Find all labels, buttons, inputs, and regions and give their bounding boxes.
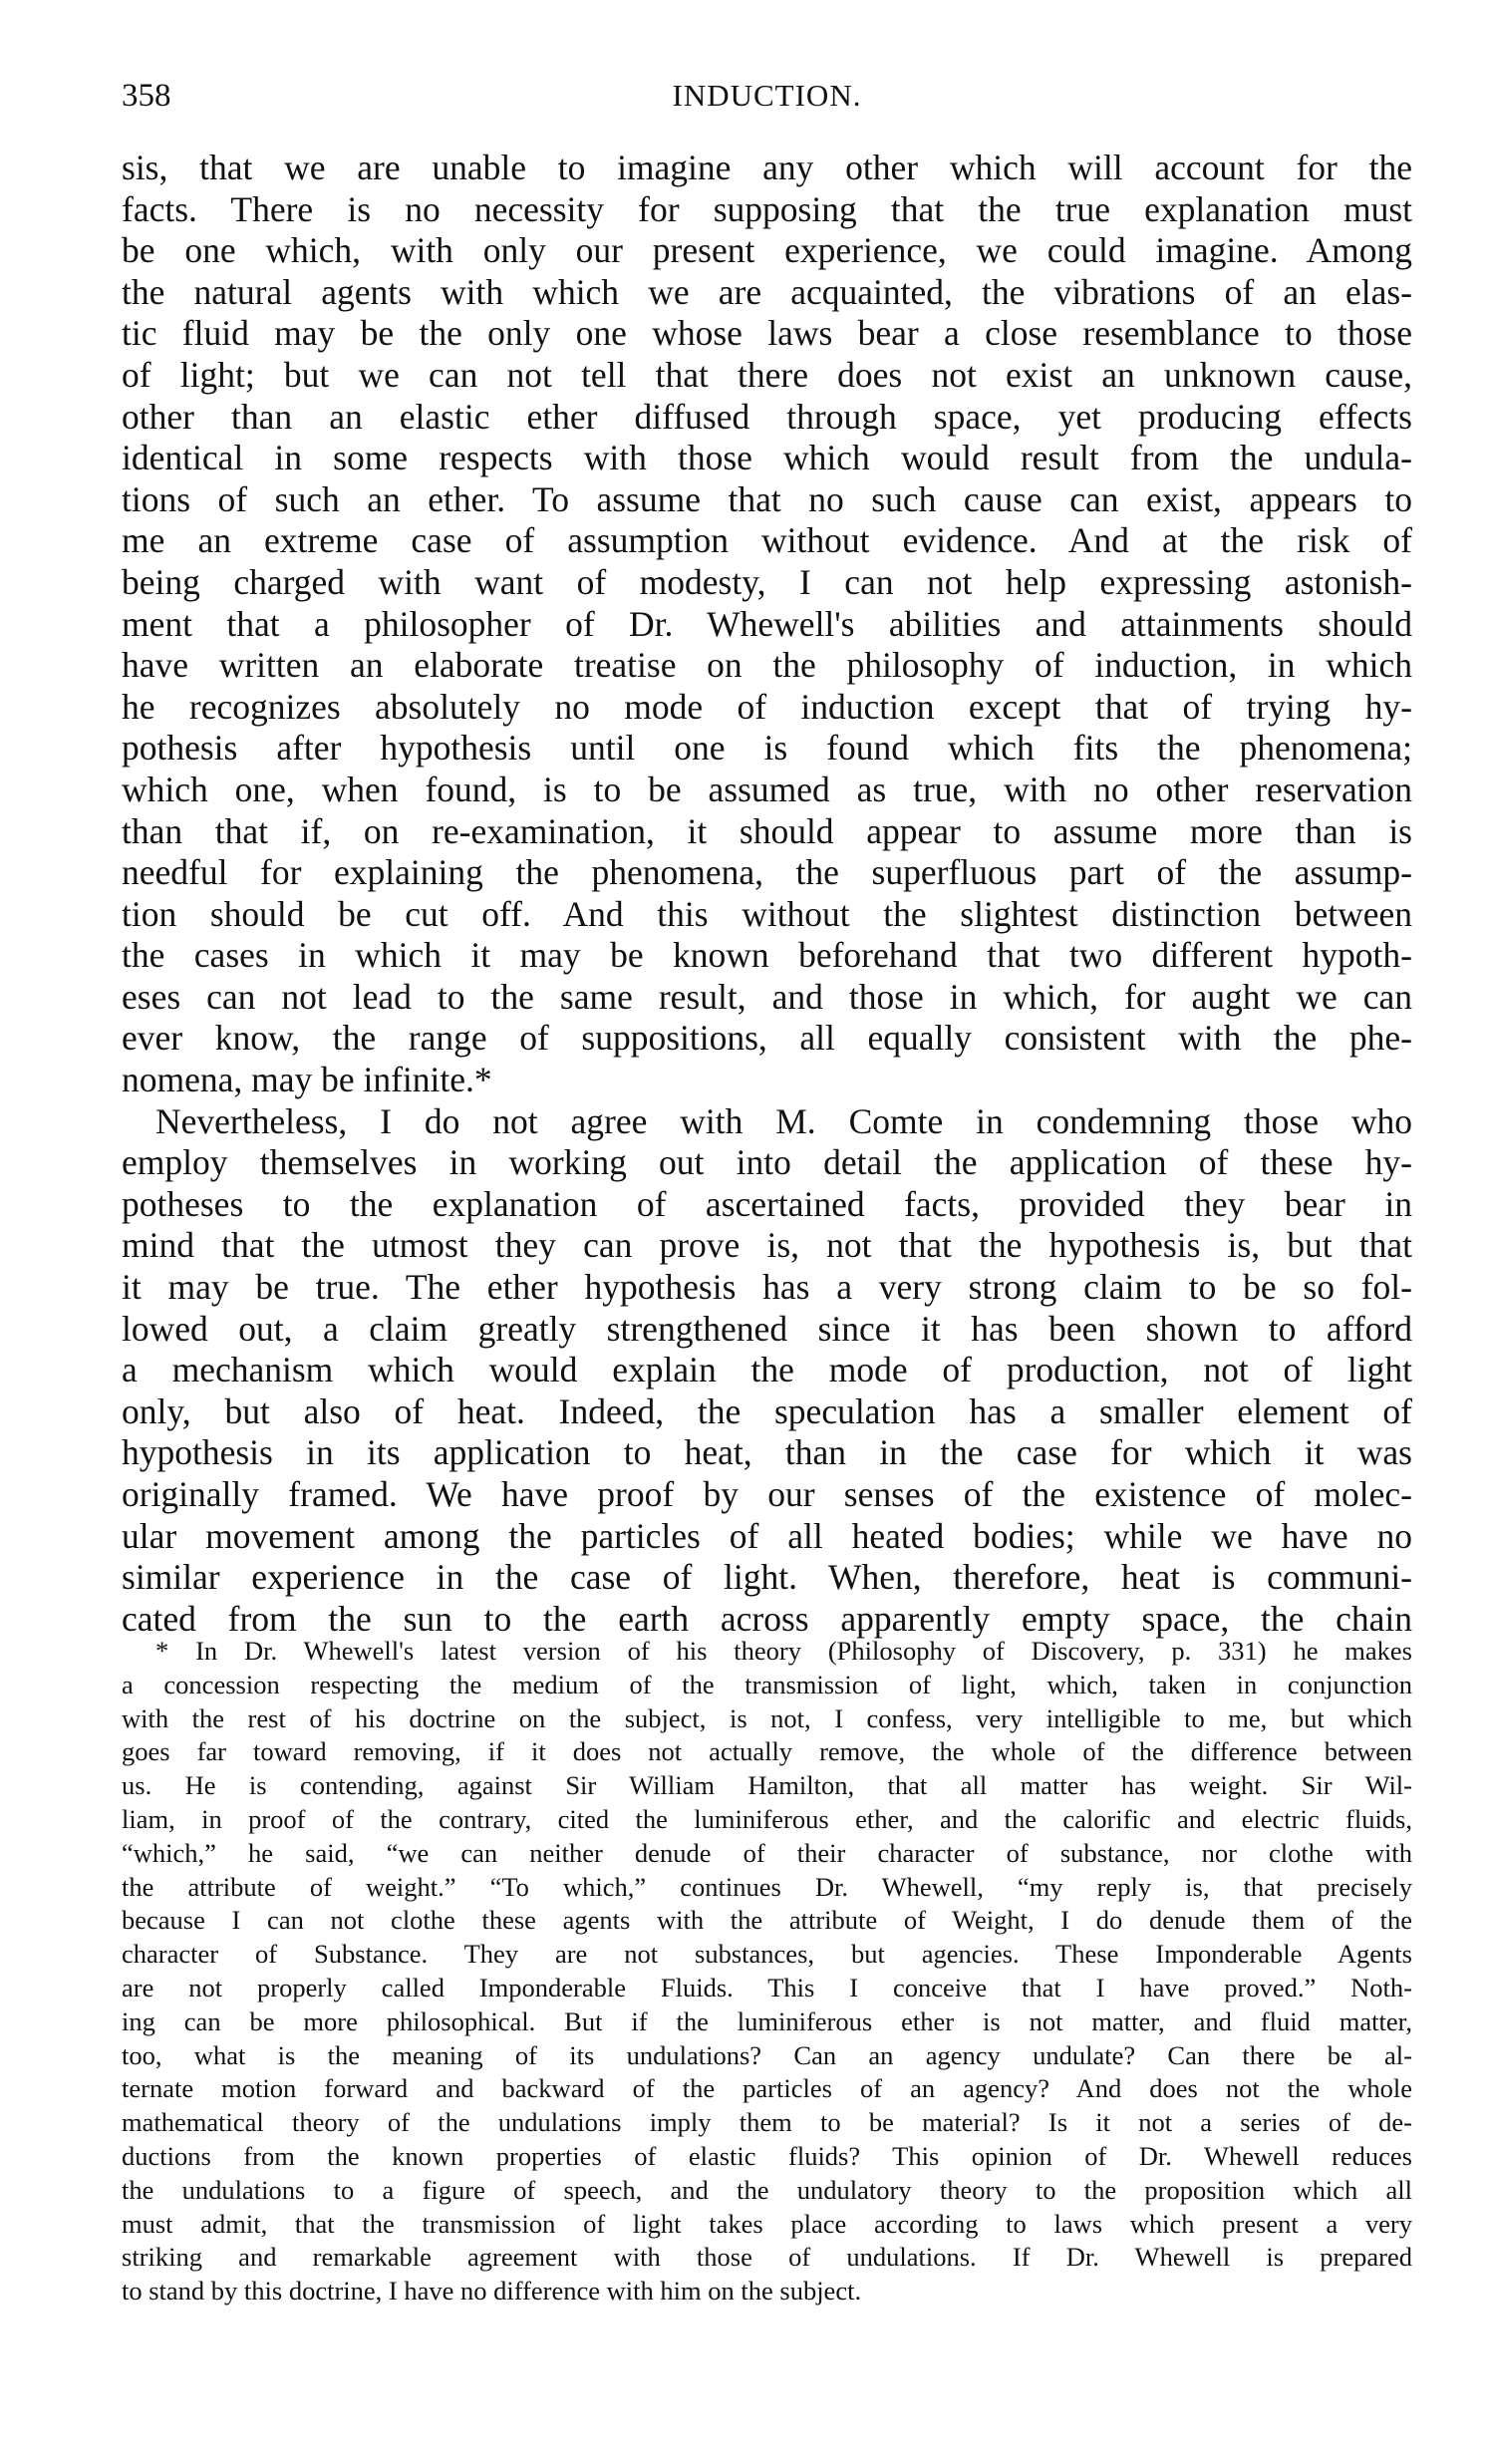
body-line: potheses to the explanation of ascertain… xyxy=(122,1184,1412,1226)
body-line: me an extreme case of assumption without… xyxy=(122,520,1412,562)
footnote-line: must admit, that the transmission of lig… xyxy=(122,2208,1412,2242)
body-line: pothesis after hypothesis until one is f… xyxy=(122,728,1412,770)
body-line: tions of such an ether. To assume that n… xyxy=(122,479,1412,521)
body-line: identical in some respects with those wh… xyxy=(122,438,1412,479)
body-line: tion should be cut off. And this without… xyxy=(122,894,1412,936)
body-line: than that if, on re-examination, it shou… xyxy=(122,811,1412,853)
body-line: eses can not lead to the same result, an… xyxy=(122,977,1412,1019)
body-line: facts. There is no necessity for supposi… xyxy=(122,189,1412,231)
footnote-line: with the rest of his doctrine on the sub… xyxy=(122,1702,1412,1736)
footnote-line: a concession respecting the medium of th… xyxy=(122,1669,1412,1702)
body-line: it may be true. The ether hypothesis has… xyxy=(122,1267,1412,1309)
footnote-line: ductions from the known properties of el… xyxy=(122,2140,1412,2174)
body-line: tic fluid may be the only one whose laws… xyxy=(122,313,1412,355)
body-line: nomena, may be infinite.* xyxy=(122,1060,1412,1101)
footnote-line: character of Substance. They are not sub… xyxy=(122,1938,1412,1972)
footnote-line: to stand by this doctrine, I have no dif… xyxy=(122,2275,1412,2309)
running-title: INDUCTION. xyxy=(122,78,1412,114)
body-line: Nevertheless, I do not agree with M. Com… xyxy=(122,1101,1412,1143)
body-line: he recognizes absolutely no mode of indu… xyxy=(122,687,1412,729)
body-line: sis, that we are unable to imagine any o… xyxy=(122,148,1412,189)
body-line: of light; but we can not tell that there… xyxy=(122,355,1412,397)
footnote-line: * In Dr. Whewell's latest version of his… xyxy=(122,1635,1412,1669)
body-line: other than an elastic ether diffused thr… xyxy=(122,397,1412,439)
body-line: originally framed. We have proof by our … xyxy=(122,1474,1412,1516)
body-line: be one which, with only our present expe… xyxy=(122,230,1412,272)
footnote-line: mathematical theory of the undulations i… xyxy=(122,2106,1412,2140)
footnote-line: because I can not clothe these agents wi… xyxy=(122,1904,1412,1938)
body-line: ular movement among the particles of all… xyxy=(122,1516,1412,1558)
body-line: have written an elaborate treatise on th… xyxy=(122,645,1412,687)
body-line: employ themselves in working out into de… xyxy=(122,1142,1412,1184)
body-line: a mechanism which would explain the mode… xyxy=(122,1350,1412,1391)
footnote-line: “which,” he said, “we can neither denude… xyxy=(122,1837,1412,1871)
body-line: lowed out, a claim greatly strengthened … xyxy=(122,1309,1412,1351)
body-line: the cases in which it may be known befor… xyxy=(122,935,1412,977)
body-line: ment that a philosopher of Dr. Whewell's… xyxy=(122,604,1412,646)
body-line: being charged with want of modesty, I ca… xyxy=(122,562,1412,604)
footnote-line: liam, in proof of the contrary, cited th… xyxy=(122,1803,1412,1837)
footnote-line: ternate motion forward and backward of t… xyxy=(122,2072,1412,2106)
footnote-line: us. He is contending, against Sir Willia… xyxy=(122,1769,1412,1803)
page-header: 358 INDUCTION. xyxy=(122,78,1412,118)
body-line: the natural agents with which we are acq… xyxy=(122,272,1412,314)
body-line: ever know, the range of suppositions, al… xyxy=(122,1018,1412,1060)
footnote-line: goes far toward removing, if it does not… xyxy=(122,1735,1412,1769)
footnote-line: ing can be more philosophical. But if th… xyxy=(122,2005,1412,2039)
body-line: mind that the utmost they can prove is, … xyxy=(122,1225,1412,1267)
body-line: hypothesis in its application to heat, t… xyxy=(122,1432,1412,1474)
footnote: * In Dr. Whewell's latest version of his… xyxy=(122,1635,1412,2309)
footnote-line: the attribute of weight.” “To which,” co… xyxy=(122,1871,1412,1905)
body-line: needful for explaining the phenomena, th… xyxy=(122,852,1412,894)
footnote-line: are not properly called Imponderable Flu… xyxy=(122,1972,1412,2005)
body-line: only, but also of heat. Indeed, the spec… xyxy=(122,1391,1412,1433)
body-line: similar experience in the case of light.… xyxy=(122,1557,1412,1599)
footnote-line: the undulations to a figure of speech, a… xyxy=(122,2174,1412,2208)
footnote-line: too, what is the meaning of its undulati… xyxy=(122,2039,1412,2073)
footnote-line: striking and remarkable agreement with t… xyxy=(122,2241,1412,2275)
body-line: which one, when found, is to be assumed … xyxy=(122,770,1412,811)
body-text: sis, that we are unable to imagine any o… xyxy=(122,148,1412,1640)
